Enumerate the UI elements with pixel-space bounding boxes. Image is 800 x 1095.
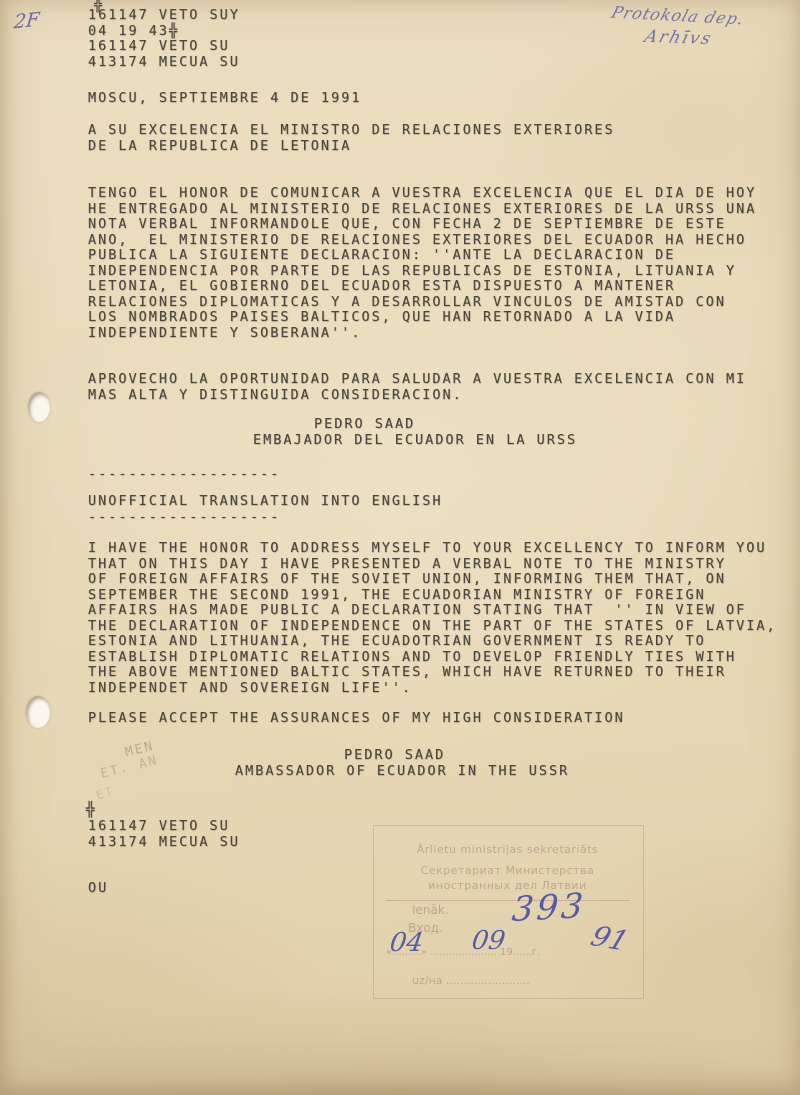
handwritten-archive-note-line1: Protokola dep. — [609, 3, 747, 29]
address-line: DE LA REPUBLICA DE LETONIA — [88, 139, 615, 155]
faint-stamp-fragment: ET — [94, 783, 116, 802]
signature-name: PEDRO SAAD — [314, 417, 415, 433]
spanish-paragraph: TENGO EL HONOR DE COMUNICAR A VUESTRA EX… — [88, 186, 756, 341]
english-paragraph: I HAVE THE HONOR TO ADDRESS MYSELF TO YO… — [88, 541, 777, 696]
document-line: OF FOREIGN AFFAIRS OF THE SOVIET UNION, … — [88, 572, 777, 588]
document-line: INDEPENDIENTE Y SOBERANA''. — [88, 326, 756, 342]
dateline: MOSCU, SEPTIEMBRE 4 DE 1991 — [88, 91, 361, 107]
telex-answerback: 161147 VETO SUY — [88, 8, 240, 24]
registry-stamp-rule — [386, 900, 630, 901]
telex-answerback: 161147 VETO SU — [88, 39, 240, 55]
document-line: LOS NOMBRADOS PAISES BALTICOS, QUE HAN R… — [88, 310, 756, 326]
document-line: HE ENTREGADO AL MINISTERIO DE RELACIONES… — [88, 202, 756, 218]
english-closing: PLEASE ACCEPT THE ASSURANCES OF MY HIGH … — [88, 711, 625, 727]
registry-stamp-lv-line: Ārlietu ministrijas sekretariāts — [373, 843, 642, 856]
telex-timestamp: 04 19 43╬ — [88, 24, 240, 40]
document-line: THAT ON THIS DAY I HAVE PRESENTED A VERB… — [88, 557, 777, 573]
signature-name: PEDRO SAAD — [344, 748, 445, 764]
address-block: A SU EXCELENCIA EL MINISTRO DE RELACIONE… — [88, 123, 615, 154]
document-line: SEPTEMBER THE SECOND 1991, THE ECUADORIA… — [88, 588, 777, 604]
document-line: MAS ALTA Y DISTINGUIDA CONSIDERACION. — [88, 388, 746, 404]
document-line: ESTABLISH DIPLOMATIC RELATIONS AND TO DE… — [88, 650, 777, 666]
punch-hole-bottom — [26, 696, 50, 728]
document-line: NOTA VERBAL INFORMANDOLE QUE, CON FECHA … — [88, 217, 756, 233]
dashed-separator: ------------------- — [88, 467, 280, 483]
document-line: I HAVE THE HONOR TO ADDRESS MYSELF TO YO… — [88, 541, 777, 557]
registry-stamp-ru-line2: иностранных дел Латвии — [373, 879, 642, 892]
registry-stamp-ru-line1: Секретариат Министерства — [373, 864, 642, 877]
scanned-telex-document: 2F Protokola dep. Arhīvs ╬ 161147 VETO S… — [0, 0, 800, 1095]
document-line: THE ABOVE MENTIONED BALTIC STATES, WHICH… — [88, 665, 777, 681]
spanish-closing: APROVECHO LA OPORTUNIDAD PARA SALUDAR A … — [88, 372, 746, 403]
handwritten-date-month: 09 — [470, 926, 507, 956]
punch-hole-top — [28, 392, 50, 422]
document-line: ESTONIA AND LITHUANIA, THE ECUADOTRIAN G… — [88, 634, 777, 650]
telex-footer-block: 161147 VETO SU 413174 MECUA SU — [88, 819, 240, 850]
dashed-separator: ------------------- — [88, 510, 280, 526]
signature-title: AMBASSADOR OF ECUADOR IN THE USSR — [235, 764, 569, 780]
handwritten-date-day: 04 — [388, 928, 425, 958]
telex-answerback: 161147 VETO SU — [88, 819, 240, 835]
handwritten-archive-note-line2: Arhīvs — [642, 27, 715, 49]
document-line: PUBLICA LA SIGUIENTE DECLARACION: ''ANTE… — [88, 248, 756, 264]
registry-stamp-incoming-lv: Ienāk. — [412, 903, 449, 917]
document-line: RELACIONES DIPLOMATICAS Y A DESARROLLAR … — [88, 295, 756, 311]
telex-answerback: 413174 MECUA SU — [88, 55, 240, 71]
document-line: THE DECLARATION OF INDEPENDENCE ON THE P… — [88, 619, 777, 635]
document-line: AFFAIRS HAS MADE PUBLIC A DECLARATION ST… — [88, 603, 777, 619]
address-line: A SU EXCELENCIA EL MINISTRO DE RELACIONE… — [88, 123, 615, 139]
document-line: APROVECHO LA OPORTUNIDAD PARA SALUDAR A … — [88, 372, 746, 388]
document-line: ANO, EL MINISTERIO DE RELACIONES EXTERIO… — [88, 233, 756, 249]
document-line: LETONIA, EL GOBIERNO DEL ECUADOR ESTA DI… — [88, 279, 756, 295]
telex-cross-icon: ╬ — [86, 802, 94, 818]
document-line: INDEPENDET AND SOVEREIGN LIFE''. — [88, 681, 777, 697]
telex-answerback: 413174 MECUA SU — [88, 835, 240, 851]
signature-title: EMBAJADOR DEL ECUADOR EN LA URSS — [253, 433, 577, 449]
document-line: TENGO EL HONOR DE COMUNICAR A VUESTRA EX… — [88, 186, 756, 202]
telex-operator-code: OU — [88, 881, 108, 897]
handwritten-corner-mark: 2F — [13, 8, 40, 33]
telex-header-block: 161147 VETO SUY 04 19 43╬ 161147 VETO SU… — [88, 8, 240, 70]
handwritten-registry-number: 393 — [510, 886, 587, 930]
registry-stamp-uz-blank: uz/на ........................ — [412, 974, 530, 987]
translation-heading: UNOFFICIAL TRANSLATION INTO ENGLISH — [88, 494, 442, 510]
document-line: INDEPENDENCIA POR PARTE DE LAS REPUBLICA… — [88, 264, 756, 280]
